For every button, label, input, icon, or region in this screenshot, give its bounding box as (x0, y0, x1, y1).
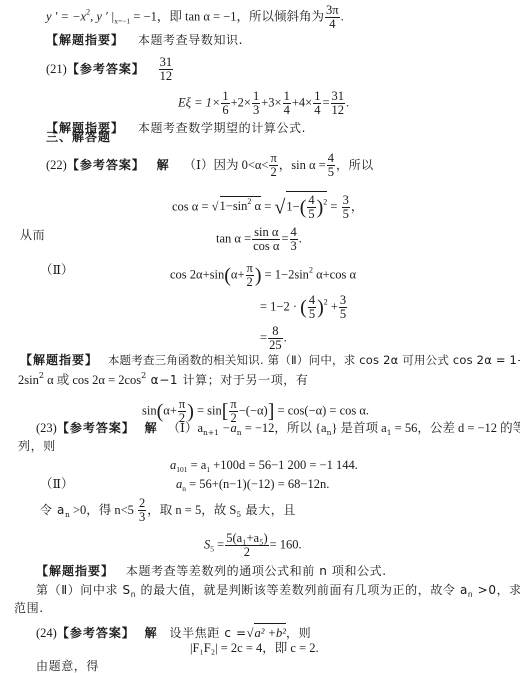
math-text: −(−α) (239, 403, 268, 417)
math-text: 1−sin (220, 199, 248, 213)
answer-label: 【参考答案】 (57, 421, 135, 435)
fraction: 23 (138, 497, 146, 524)
math-text: （Ⅰ）因为 0<α< (184, 158, 269, 172)
math-text: sin (142, 403, 157, 417)
numerator: 4 (307, 194, 315, 208)
numerator: 4 (308, 294, 316, 308)
denominator: 6 (221, 104, 229, 117)
q20-hint: 【解题指要】 本题考查导数知识. (46, 32, 243, 48)
math-text: ，取 n = 5，故 S (147, 503, 236, 517)
period: . (284, 330, 287, 344)
numerator: 1 (252, 90, 260, 104)
math-text: ，则 (286, 626, 311, 640)
numerator: 4 (290, 226, 298, 240)
numerator: π (178, 398, 186, 412)
math-text: 设半焦距 c = (170, 626, 247, 640)
question-number: (22) (46, 158, 67, 172)
denominator: 4 (283, 104, 291, 117)
fraction: 5(a₁+a₅)2 (225, 532, 268, 559)
question-number: (21) (46, 62, 67, 76)
math-text: α (251, 199, 261, 213)
denominator: 3 (138, 511, 146, 524)
hint-text: 本题考查等差数列的通项公式和前 n 项和公式. (126, 564, 387, 578)
fraction: 35 (342, 194, 350, 221)
fraction: 14 (313, 90, 321, 117)
numerator: 1 (221, 90, 229, 104)
text: ，所以 (336, 158, 374, 172)
numerator: 4 (327, 152, 335, 166)
fraction: 35 (339, 294, 347, 321)
numerator: π (269, 152, 277, 166)
math-text: +3× (261, 95, 281, 109)
fraction: 825 (268, 325, 283, 352)
period: . (346, 95, 349, 109)
fraction: sin αcos α (252, 226, 280, 253)
fraction-4-5: 45 (327, 152, 335, 179)
math-text: α+cos α (313, 267, 356, 281)
sqrt-body: a² +b² (254, 623, 286, 641)
math-text: = (214, 537, 224, 551)
math-text: = a (188, 458, 207, 472)
q22-cos-formula: cos α = √1−sin2 α = √1−(45)2 = 35， (172, 191, 363, 221)
subscript: 101 (176, 465, 187, 474)
solve-label: 解 (145, 626, 158, 640)
numerator: 1 (283, 90, 291, 104)
q22-part2-label: （Ⅱ） (40, 262, 74, 278)
denominator: 2 (225, 546, 268, 559)
math-text: 2sin (18, 373, 39, 387)
math-text: tan α = (216, 231, 251, 245)
q23-intro-line: (23)【参考答案】 解 （Ⅰ）an+1 −an = −12，所以 {an} 是… (36, 420, 520, 436)
q20-derivative-line: y ′ = −x2, y ′ |x=−1 = −1，即 tan α = −1，所… (46, 4, 344, 31)
hint-label: 【解题指要】 (36, 564, 114, 578)
numerator: 3π (325, 4, 340, 18)
numerator: 3 (339, 294, 347, 308)
subscript: n+1 (203, 428, 219, 437)
math-text: = (260, 330, 267, 344)
hint-text: 的最大值，就是判断该等差数列前面有几项为正的，故令 a (136, 583, 468, 597)
answer-label: 【参考答案】 (57, 626, 135, 640)
math-text: α+ (163, 403, 177, 417)
paren: ) (255, 265, 262, 287)
sqrt-sign: √ (212, 199, 219, 213)
q22-tan-formula: tan α =sin αcos α=43. (216, 226, 302, 253)
q23-line3: 令 an >0，得 n<5 23，取 n = 5，故 S5 最大，且 (40, 497, 296, 524)
q23-s5-formula: S5 =5(a₁+a₅)2= 160. (204, 532, 302, 559)
fraction-3pi-4: 3π4 (325, 4, 340, 31)
denominator: 3 (252, 104, 260, 117)
math-text: = (322, 95, 329, 109)
fraction: 43 (290, 226, 298, 253)
congan-label: 从而 (20, 227, 45, 243)
fraction: 14 (283, 90, 291, 117)
hint-label: 【解题指要】 (46, 33, 124, 47)
math-text: +2× (231, 95, 251, 109)
sqrt-body: 1−sin2 α (220, 196, 262, 214)
q24-line2: 由题意，得 (36, 658, 99, 673)
math-text: = 1−2 · (260, 299, 300, 313)
sqrt-sign: √ (274, 197, 285, 219)
math-text: −a (219, 421, 237, 435)
denominator: 12 (159, 70, 174, 83)
math-text: = 160. (270, 537, 302, 551)
q22-part2-line2: = 1−2 · (45)2 +35 (260, 294, 348, 321)
math-text: +4× (292, 95, 312, 109)
q24-intro-line: (24)【参考答案】 解 设半焦距 c =√a² +b²，则 (36, 623, 311, 641)
fraction-pi-2: π2 (269, 152, 277, 179)
fraction: 45 (307, 194, 315, 221)
hint-text: 第（Ⅱ）问中求 S (36, 583, 131, 597)
fraction: π2 (246, 262, 254, 289)
numerator: 8 (268, 325, 283, 339)
numerator: 31 (159, 56, 174, 70)
q23-part2-label: （Ⅱ） (40, 476, 74, 492)
math-text: cos 2α+sin (170, 267, 224, 281)
fraction: 3112 (331, 90, 346, 117)
superscript: 2 (323, 197, 327, 206)
math-text: = (261, 199, 274, 213)
denominator: 12 (331, 104, 346, 117)
math-text: α 或 cos 2α = 2cos (44, 373, 141, 387)
math-text: = −12，所以 {a (242, 421, 327, 435)
numerator: 2 (138, 497, 146, 511)
math-text: + (328, 299, 338, 313)
math-text: Eξ = 1× (178, 95, 220, 109)
solve-label: 解 (157, 158, 170, 172)
hint-text: >0，求出 n 的 (473, 583, 520, 597)
q22-part2-line3: =825. (260, 325, 287, 352)
q23-an-formula: an = 56+(n−1)(−12) = 68−12n. (176, 476, 329, 492)
denominator: 2 (246, 276, 254, 289)
hint-text: 本题考查三角函数的相关知识. 第（Ⅱ）问中，求 cos 2α 可用公式 cos … (108, 353, 520, 367)
q23-hint: 【解题指要】 本题考查等差数列的通项公式和前 n 项和公式. (36, 563, 387, 579)
paren: ( (300, 197, 307, 219)
answer-label: 【参考答案】 (67, 62, 145, 76)
q24-f1f2-formula: |F₁F₂| = 2c = 4，即 c = 2. (190, 640, 319, 656)
q23-hint-p2-end: 范围. (14, 600, 44, 616)
denominator: 5 (342, 208, 350, 221)
math-text: = sin (194, 403, 222, 417)
question-number: (24) (36, 626, 57, 640)
q21-answer-line: (21)【参考答案】 3112 (46, 56, 174, 83)
q22-hint-line1: 【解题指要】 本题考查三角函数的相关知识. 第（Ⅱ）问中，求 cos 2α 可用… (18, 352, 520, 368)
math-text: （Ⅰ）a (168, 421, 204, 435)
math-text: = 1−2sin (265, 267, 309, 281)
fraction: 45 (308, 294, 316, 321)
fraction: 16 (221, 90, 229, 117)
denominator: 5 (307, 208, 315, 221)
hint-label: 【解题指要】 (20, 353, 98, 367)
period: . (299, 231, 302, 245)
subscript: x=−1 (114, 16, 130, 25)
math-text: cos α = (172, 199, 209, 213)
q22-part2-line1: cos 2α+sin(α+π2) = 1−2sin2 α+cos α (170, 262, 356, 289)
sqrt-sign: √ (247, 626, 254, 640)
denominator: cos α (252, 240, 280, 253)
q23-hint-p2: 第（Ⅱ）问中求 Sn 的最大值，就是判断该等差数列前面有几项为正的，故令 an … (36, 582, 520, 598)
math-text: 1− (286, 199, 299, 213)
denominator: 25 (268, 339, 283, 352)
answer-label: 【参考答案】 (67, 158, 145, 172)
period: . (341, 9, 344, 23)
math-text: ，sin α = (279, 158, 326, 172)
math-text: = cos(−α) = cos α. (274, 403, 369, 417)
denominator: 5 (339, 308, 347, 321)
denominator: 4 (313, 104, 321, 117)
numerator: 1 (313, 90, 321, 104)
math-text: >0，得 n<5 (70, 503, 137, 517)
numerator: 3 (342, 194, 350, 208)
q22-hint-line2: 2sin2 α 或 cos 2α = 2cos2 α−1 计算；对于另一项，有 (18, 372, 309, 388)
question-number: (23) (36, 421, 57, 435)
paren: ( (300, 297, 307, 319)
denominator: 3 (290, 240, 298, 253)
section-title: 三、解答题 (46, 129, 111, 145)
denominator: 4 (325, 18, 340, 31)
answer-fraction: 3112 (159, 56, 174, 83)
paren: ) (317, 297, 324, 319)
q22-intro-line: (22)【参考答案】 解 （Ⅰ）因为 0<α<π2，sin α =45，所以 (46, 152, 374, 179)
numerator: 31 (331, 90, 346, 104)
math-text: } 是首项 a (331, 421, 386, 435)
paren: ( (224, 265, 231, 287)
math-text: = 56+(n−1)(−12) = 68−12n. (186, 477, 329, 491)
hint-text: α−1 计算；对于另一项，有 (146, 373, 308, 387)
math-text: y ′ = −x (46, 9, 86, 23)
math-text: = 56，公差 d = −12 的等差数 (392, 421, 520, 435)
denominator: 5 (327, 166, 335, 179)
numerator: π (229, 398, 237, 412)
comma: ， (351, 199, 364, 213)
q21-expectation-formula: Eξ = 1×16+2×13+3×14+4×14=3112. (178, 90, 349, 117)
numerator: 5(a₁+a₅) (225, 532, 268, 546)
math-text: 令 a (40, 503, 65, 517)
fraction: 13 (252, 90, 260, 117)
denominator: 2 (269, 166, 277, 179)
q23-line2: 列，则 (18, 438, 56, 454)
numerator: sin α (252, 226, 280, 240)
hint-text: 本题考查导数知识. (138, 33, 243, 47)
math-text: +100d = 56−1 200 = −1 144. (210, 458, 358, 472)
denominator: 5 (308, 308, 316, 321)
math-text: , y ′ | (90, 9, 114, 23)
sqrt-body: 1−(45)2 (286, 191, 327, 221)
q23-a101-formula: a101 = a1 +100d = 56−1 200 = −1 144. (170, 457, 358, 473)
hint-text: 本题考查数学期望的计算公式. (138, 121, 306, 135)
numerator: π (246, 262, 254, 276)
solve-label: 解 (145, 421, 158, 435)
math-text: 最大，且 (241, 503, 296, 517)
math-text: α+ (231, 267, 245, 281)
math-text: = −1，即 tan α = −1，所以倾斜角为 (130, 9, 324, 23)
